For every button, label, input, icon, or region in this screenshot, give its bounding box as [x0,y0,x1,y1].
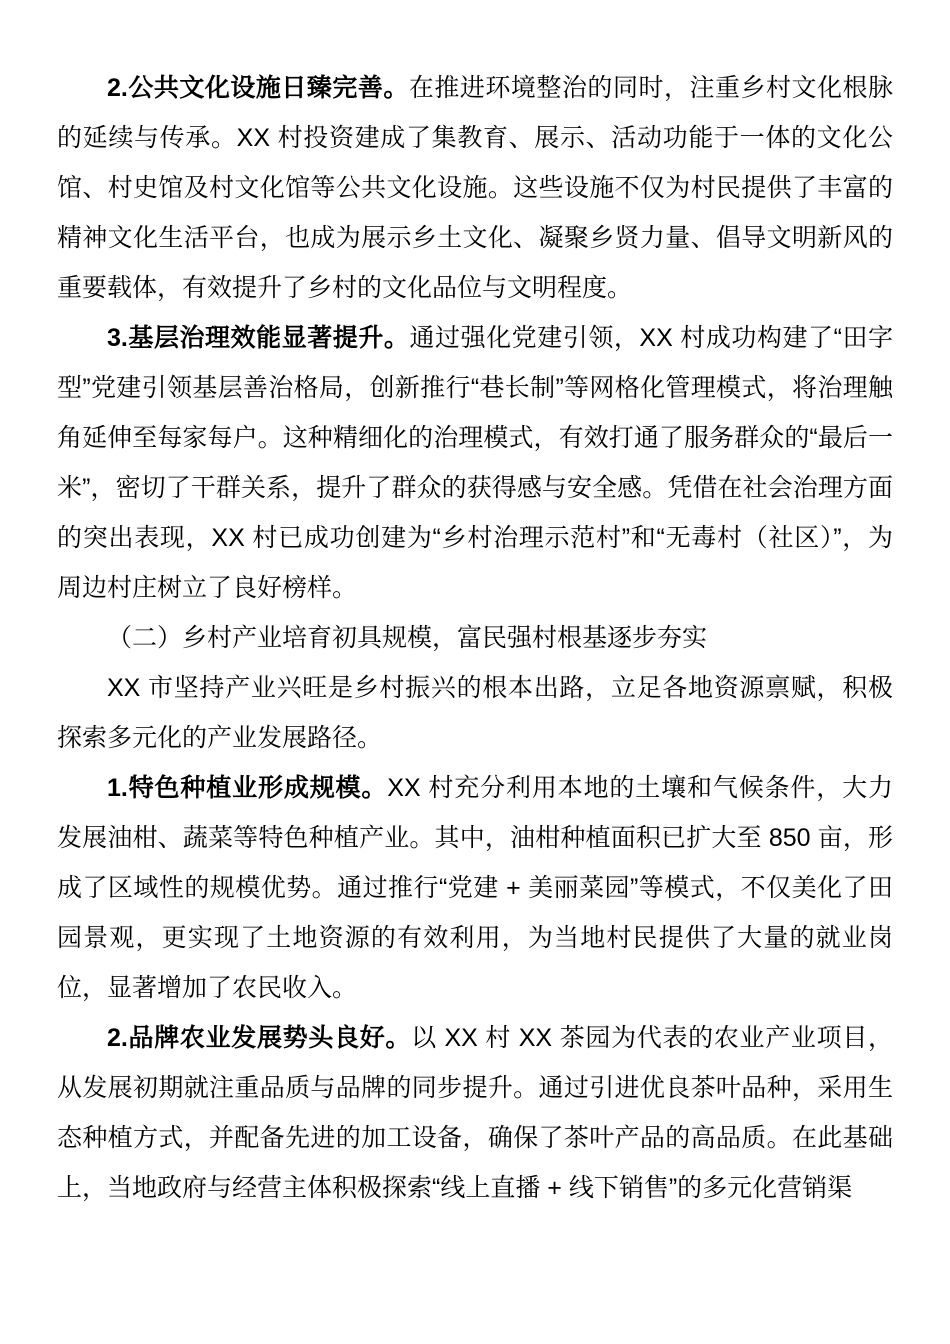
paragraph-lead: 2.公共文化设施日臻完善。 [107,74,409,102]
paragraph-text: 在推进环境整治的同时，注重乡村文化根脉的延续与传承。XX 村投资建成了集教育、展… [57,74,893,302]
paragraph-lead: 2.品牌农业发展势头良好。 [107,1024,411,1052]
paragraph-lead: 1.特色种植业形成规模。 [107,774,387,802]
section-heading-two: （二）乡村产业培育初具规模，富民强村根基逐步夯实 [57,613,893,663]
paragraph-planting-industry: 1.特色种植业形成规模。XX 村充分利用本地的土壤和气候条件，大力发展油柑、蔬菜… [57,763,893,1013]
paragraph-text: XX 市坚持产业兴旺是乡村振兴的根本出路，立足各地资源禀赋，积极探索多元化的产业… [57,674,893,752]
paragraph-brand-agriculture: 2.品牌农业发展势头良好。以 XX 村 XX 茶园为代表的农业产业项目，从发展初… [57,1013,893,1213]
paragraph-text: 通过强化党建引领，XX 村成功构建了“田字型”党建引领基层善治格局，创新推行“巷… [57,324,893,602]
paragraph-public-culture: 2.公共文化设施日臻完善。在推进环境整治的同时，注重乡村文化根脉的延续与传承。X… [57,63,893,313]
section-heading-text: （二）乡村产业培育初具规模，富民强村根基逐步夯实 [107,624,707,652]
document-page: 2.公共文化设施日臻完善。在推进环境整治的同时，注重乡村文化根脉的延续与传承。X… [57,63,893,1213]
paragraph-lead: 3.基层治理效能显著提升。 [107,324,409,352]
paragraph-industry-intro: XX 市坚持产业兴旺是乡村振兴的根本出路，立足各地资源禀赋，积极探索多元化的产业… [57,663,893,763]
paragraph-grassroots-governance: 3.基层治理效能显著提升。通过强化党建引领，XX 村成功构建了“田字型”党建引领… [57,313,893,613]
paragraph-text: XX 村充分利用本地的土壤和气候条件，大力发展油柑、蔬菜等特色种植产业。其中，油… [57,774,893,1002]
